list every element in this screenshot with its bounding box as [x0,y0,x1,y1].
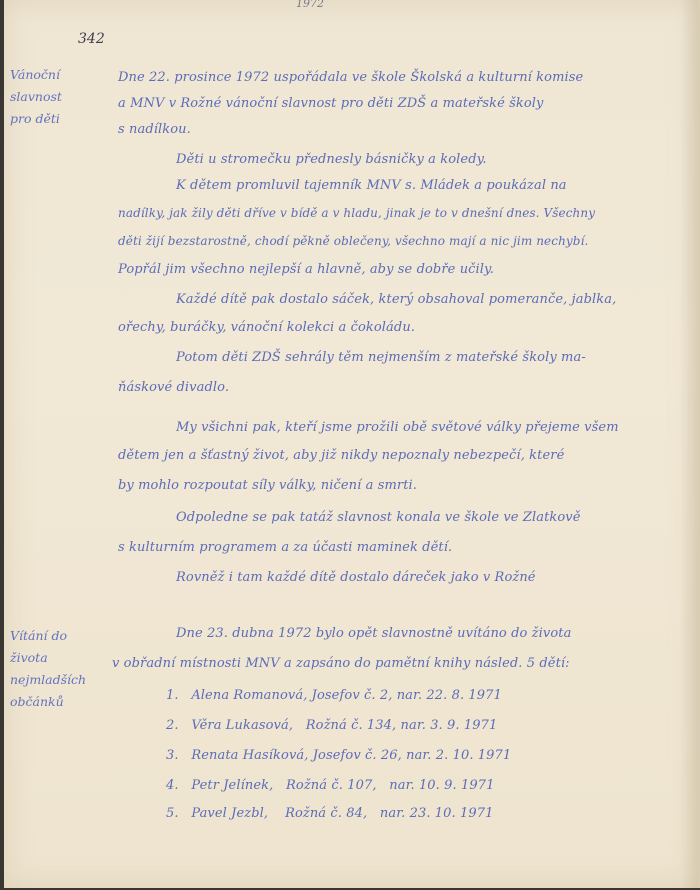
child-birthdate: nar. 2. 10. 1971 [406,748,511,763]
margin-note-line: Vítání do [10,625,86,647]
margin-note-line: občánků [10,691,86,713]
text-line: s kulturním programem a za účasti mamine… [118,540,452,555]
text-line: Popřál jim všechno nejlepší a hlavně, ab… [118,262,494,277]
child-entry: 5. Pavel Jezbl, Rožná č. 84, nar. 23. 10… [166,806,493,821]
text-line: Potom děti ZDŠ sehrály těm nejmenším z m… [176,350,586,365]
child-birthdate: nar. 22. 8. 1971 [397,688,502,703]
child-entry: 4. Petr Jelínek, Rožná č. 107, nar. 10. … [166,778,494,793]
child-name: Alena Romanová, [191,688,307,703]
text-line: K dětem promluvil tajemník MNV s. Mládek… [176,178,567,193]
child-entry: 3. Renata Hasíková, Josefov č. 26, nar. … [166,748,511,763]
child-number: 4. [166,778,179,793]
margin-note-line: slavnost [10,86,62,108]
child-address: Rožná č. 84, [285,806,367,821]
text-line: ňáskové divadlo. [118,380,229,395]
child-entry: 2. Věra Lukasová, Rožná č. 134, nar. 3. … [166,718,497,733]
text-line: nadílky, jak žily děti dříve v bídě a v … [118,206,595,220]
text-line: s nadílkou. [118,122,191,137]
margin-note-line: života [10,647,86,669]
text-line: My všichni pak, kteří jsme prožili obě s… [176,420,619,435]
child-entry: 1. Alena Romanová, Josefov č. 2, nar. 22… [166,688,502,703]
text-line: Rovněž i tam každé dítě dostalo dáreček … [176,570,536,585]
margin-note-line: nejmladších [10,669,86,691]
child-number: 2. [166,718,179,733]
child-name: Pavel Jezbl, [191,806,268,821]
child-number: 1. [166,688,179,703]
text-line: by mohlo rozpoutat síly války, ničení a … [118,478,417,493]
ledger-page: 1972 342 Vánoční slavnost pro děti Vítán… [4,0,700,888]
margin-note-line: Vánoční [10,64,62,86]
text-line: Dne 23. dubna 1972 bylo opět slavnostně … [176,626,571,641]
page-number: 342 [78,31,105,47]
text-line: děti žijí bezstarostně, chodí pěkně oble… [118,234,588,248]
margin-note-christmas: Vánoční slavnost pro děti [10,64,62,130]
text-line: ořechy, buráčky, vánoční kolekci a čokol… [118,320,415,335]
child-address: Josefov č. 2, [312,688,393,703]
child-address: Rožná č. 134, [306,718,397,733]
text-line: dětem jen a šťastný život, aby již nikdy… [118,448,564,463]
child-birthdate: nar. 10. 9. 1971 [389,778,494,793]
child-number: 3. [166,748,179,763]
text-line: Dne 22. prosince 1972 uspořádala ve škol… [118,70,583,85]
child-address: Rožná č. 107, [286,778,377,793]
child-address: Josefov č. 26, [313,748,402,763]
text-line: Každé dítě pak dostalo sáček, který obsa… [176,292,616,307]
text-line: Děti u stromečku přednesly básničky a ko… [176,152,487,167]
child-name: Petr Jelínek, [191,778,273,793]
page-year: 1972 [296,0,324,10]
child-birthdate: nar. 23. 10. 1971 [380,806,494,821]
child-birthdate: nar. 3. 9. 1971 [401,718,498,733]
text-line: v obřadní místnosti MNV a zapsáno do pam… [112,656,570,671]
margin-note-welcoming: Vítání do života nejmladších občánků [10,625,86,713]
margin-note-line: pro děti [10,108,62,130]
child-name: Renata Hasíková, [191,748,308,763]
child-name: Věra Lukasová, [191,718,293,733]
text-line: a MNV v Rožné vánoční slavnost pro děti … [118,96,543,111]
child-number: 5. [166,806,179,821]
text-line: Odpoledne se pak tatáž slavnost konala v… [176,510,581,525]
